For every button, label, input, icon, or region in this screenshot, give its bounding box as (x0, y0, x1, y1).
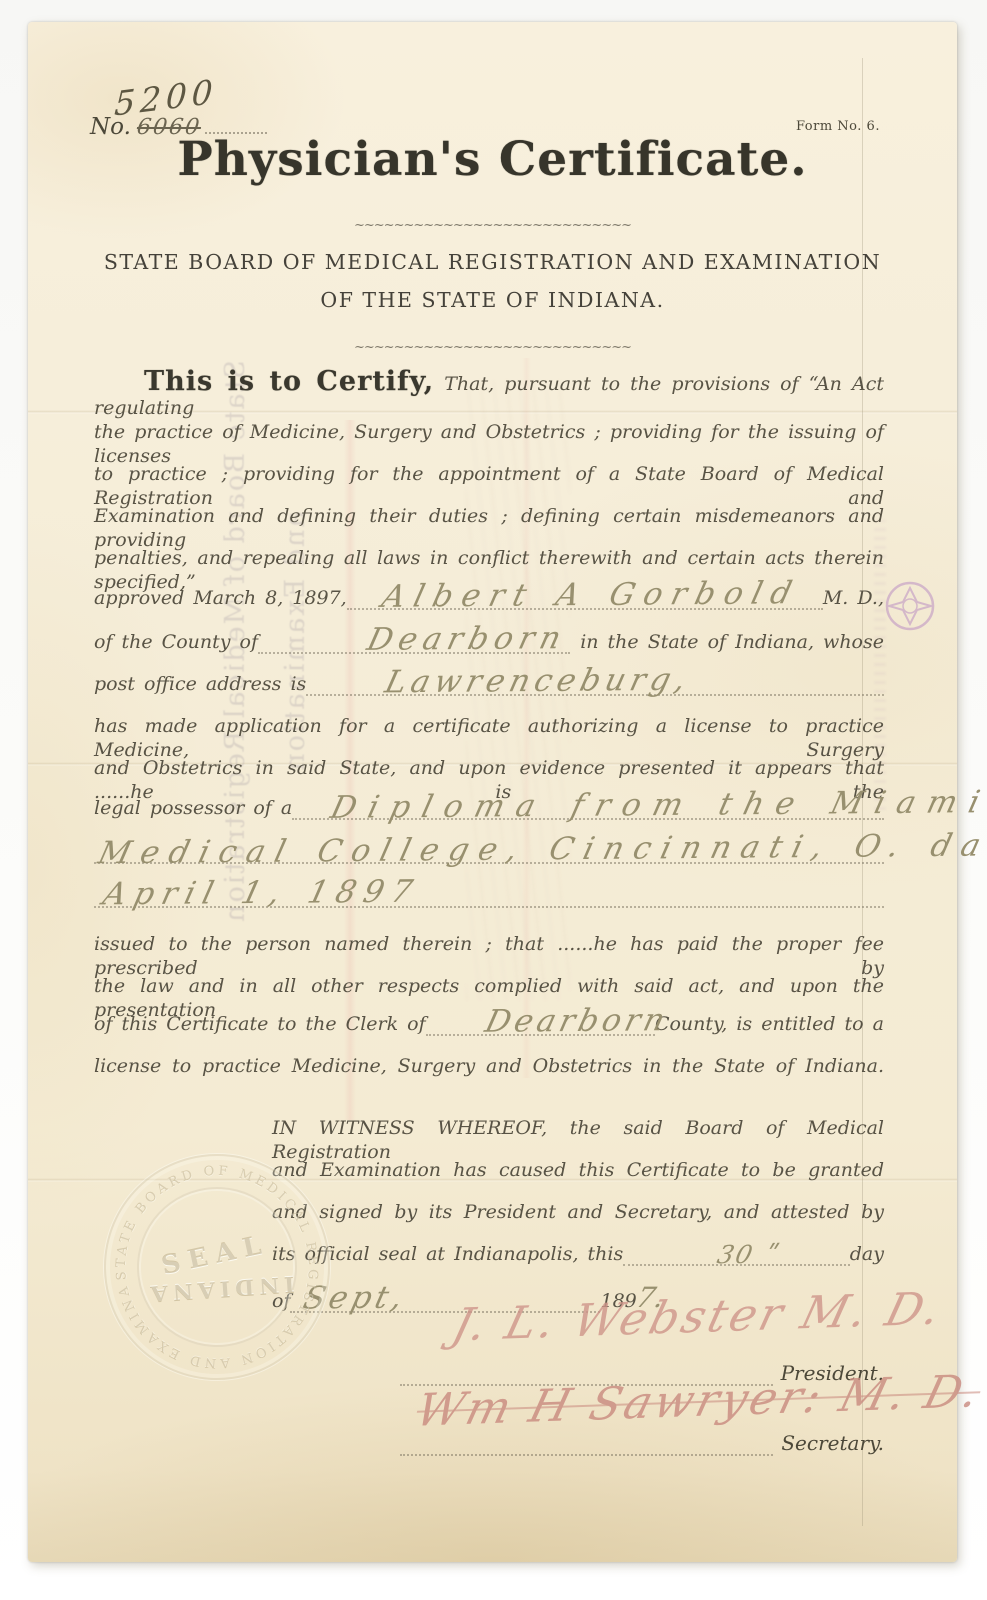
witness-line-2: and Examination has caused this Certific… (272, 1158, 884, 1182)
witness-line-3: and signed by its President and Secretar… (272, 1200, 884, 1224)
body-line-2: the practice of Medicine, Surgery and Ob… (94, 420, 884, 468)
fill-line: Medical College, Cincinnati, O. dated (94, 842, 884, 864)
signature-dotted-rule (400, 1432, 773, 1456)
body-text: approved March 8, 1897, (94, 586, 347, 610)
body-line-14: issued to the person named therein ; tha… (94, 932, 884, 980)
body-line-17: license to practice Medicine, Surgery an… (94, 1054, 884, 1078)
fill-line: Dearborn (258, 632, 570, 654)
handwritten-clerk-county: Dearborn (482, 1005, 672, 1038)
org-name-line1: STATE BOARD OF MEDICAL REGISTRATION AND … (28, 250, 957, 274)
fill-line: Dearborn (426, 1014, 655, 1036)
body-text: of this Certificate to the Clerk of (94, 1012, 426, 1036)
secretary-label: Secretary. (781, 1432, 884, 1454)
body-line-6: approved March 8, 1897, Albert A Gorbold… (94, 586, 884, 610)
handwritten-physician-name: Albert A Gorbold (379, 578, 804, 613)
org-name-line2: OF THE STATE OF INDIANA. (28, 288, 957, 312)
body-line-11: legal possessor of a Diploma from the Mi… (94, 796, 884, 820)
body-line-13: April 1, 1897 (94, 886, 884, 908)
handwritten-diploma-date: April 1, 1897 (100, 877, 423, 911)
embossed-state-seal: STATE BOARD OF MEDICAL REGISTRATION AND … (89, 1139, 344, 1394)
handwritten-day: 30 ʺ (715, 1242, 783, 1268)
fill-line: April 1, 1897 (94, 886, 884, 908)
fill-line: Diploma from the Miami (292, 798, 884, 820)
handwritten-county: Dearborn (364, 623, 570, 656)
body-text: County, is entitled to a (655, 1012, 884, 1036)
fill-line: Albert A Gorbold (347, 588, 823, 610)
wavy-divider: ~~~~~~~~~~~~~~~~~~~~~~~~~~~~ (28, 340, 957, 355)
body-text: day (850, 1242, 884, 1266)
wavy-divider: ~~~~~~~~~~~~~~~~~~~~~~~~~~~~ (28, 218, 957, 233)
witness-line-4: its official seal at Indianapolis, this … (272, 1242, 884, 1266)
body-text: post office address is (94, 672, 306, 696)
body-text: in the State of Indiana, whose (570, 630, 884, 654)
secretary-line: Secretary. (400, 1432, 884, 1456)
body-line-12: Medical College, Cincinnati, O. dated (94, 842, 884, 864)
body-text: legal possessor of a (94, 796, 292, 820)
body-line-8: post office address is Lawrenceburg, (94, 672, 884, 696)
handwritten-credential-1: Diploma from the Miami (328, 787, 987, 824)
ink-stamp-icon (884, 580, 936, 632)
handwritten-credential-2: Medical College, Cincinnati, O. dated (95, 830, 987, 869)
scanned-certificate-page: State Board of Medical Registration and … (0, 0, 987, 1600)
body-text: of the County of (94, 630, 258, 654)
fill-line: Lawrenceburg, (306, 674, 884, 696)
body-line-4: Examination and defining their duties ; … (94, 504, 884, 552)
certify-lead: This is to Certify, (144, 366, 434, 397)
body-line-1: This is to Certify, That, pursuant to th… (94, 370, 884, 420)
body-line-3: to practice ; providing for the appointm… (94, 462, 884, 510)
document-title: Physician's Certificate. (28, 132, 957, 187)
witness-line-1: IN WITNESS WHEREOF, the said Board of Me… (272, 1116, 884, 1164)
fill-line: 30 ʺ (623, 1244, 850, 1266)
body-line-7: of the County of Dearborn in the State o… (94, 630, 884, 654)
body-line-16: of this Certificate to the Clerk of Dear… (94, 1012, 884, 1036)
handwritten-post-office: Lawrenceburg, (382, 665, 694, 699)
body-text: M. D., (823, 586, 884, 610)
certificate-paper: State Board of Medical Registration and … (28, 22, 957, 1562)
body-line-9: has made application for a certificate a… (94, 714, 884, 762)
